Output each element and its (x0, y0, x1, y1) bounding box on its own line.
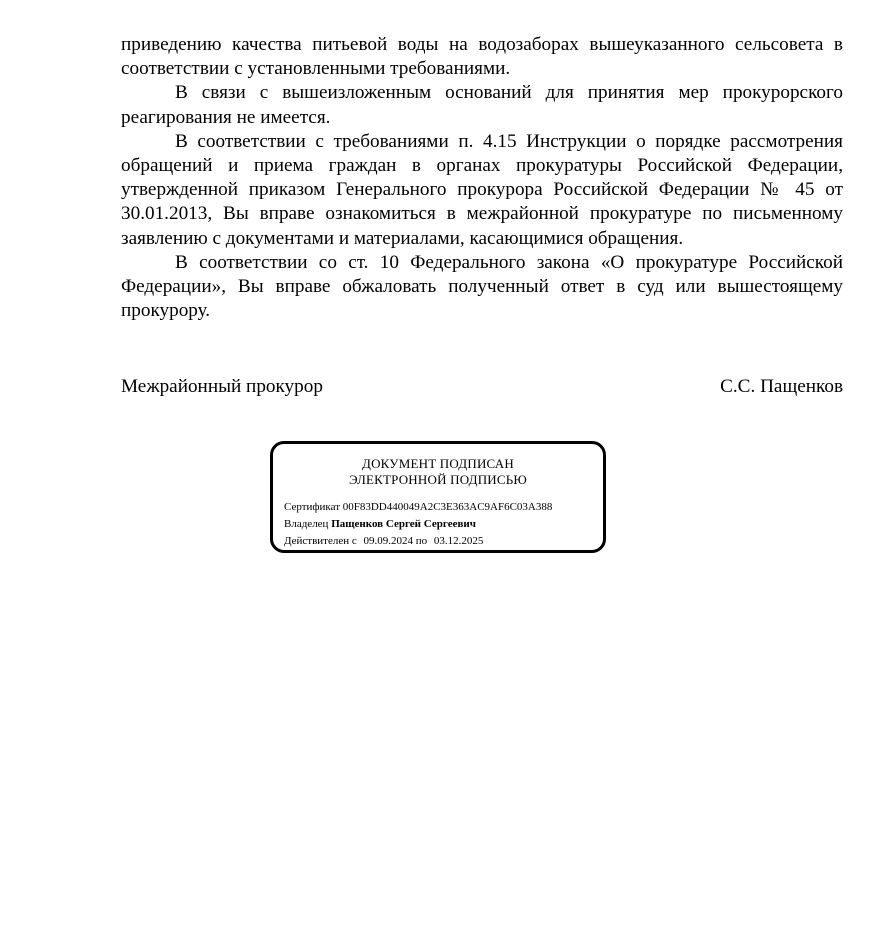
stamp-validity: Действителен с 09.09.2024 по 03.12.2025 (284, 534, 483, 548)
stamp-certificate: Сертификат 00F83DD440049A2C3E363AC9AF6C0… (284, 500, 552, 514)
signature-row: Межрайонный прокурор С.С. Пащенков (121, 375, 843, 399)
certificate-label: Сертификат (284, 501, 340, 513)
valid-from-date: 09.09.2024 (364, 535, 414, 547)
owner-label: Владелец (284, 518, 328, 530)
paragraph-2: В связи с вышеизложенным оснований для п… (121, 81, 843, 129)
stamp-title-line-2: ЭЛЕКТРОННОЙ ПОДПИСЬЮ (273, 472, 603, 488)
stamp-owner: Владелец Пащенков Сергей Сергеевич (284, 517, 476, 531)
stamp-title-line-1: ДОКУМЕНТ ПОДПИСАН (273, 456, 603, 472)
owner-value: Пащенков Сергей Сергеевич (331, 518, 476, 530)
stamp-title: ДОКУМЕНТ ПОДПИСАН ЭЛЕКТРОННОЙ ПОДПИСЬЮ (273, 456, 603, 488)
signatory-name: С.С. Пащенков (720, 375, 843, 399)
valid-from-label: с (352, 535, 357, 547)
electronic-signature-stamp: ДОКУМЕНТ ПОДПИСАН ЭЛЕКТРОННОЙ ПОДПИСЬЮ С… (270, 441, 606, 553)
certificate-value: 00F83DD440049A2C3E363AC9AF6C03A388 (343, 501, 553, 513)
signatory-position: Межрайонный прокурор (121, 375, 323, 399)
valid-to-label: по (416, 535, 427, 547)
paragraph-1: приведению качества питьевой воды на вод… (121, 33, 843, 81)
valid-to-date: 03.12.2025 (434, 535, 484, 547)
paragraph-3: В соответствии с требованиями п. 4.15 Ин… (121, 130, 843, 251)
valid-label: Действителен (284, 535, 349, 547)
document-body: приведению качества питьевой воды на вод… (121, 33, 843, 323)
paragraph-4: В соответствии со ст. 10 Федерального за… (121, 251, 843, 324)
